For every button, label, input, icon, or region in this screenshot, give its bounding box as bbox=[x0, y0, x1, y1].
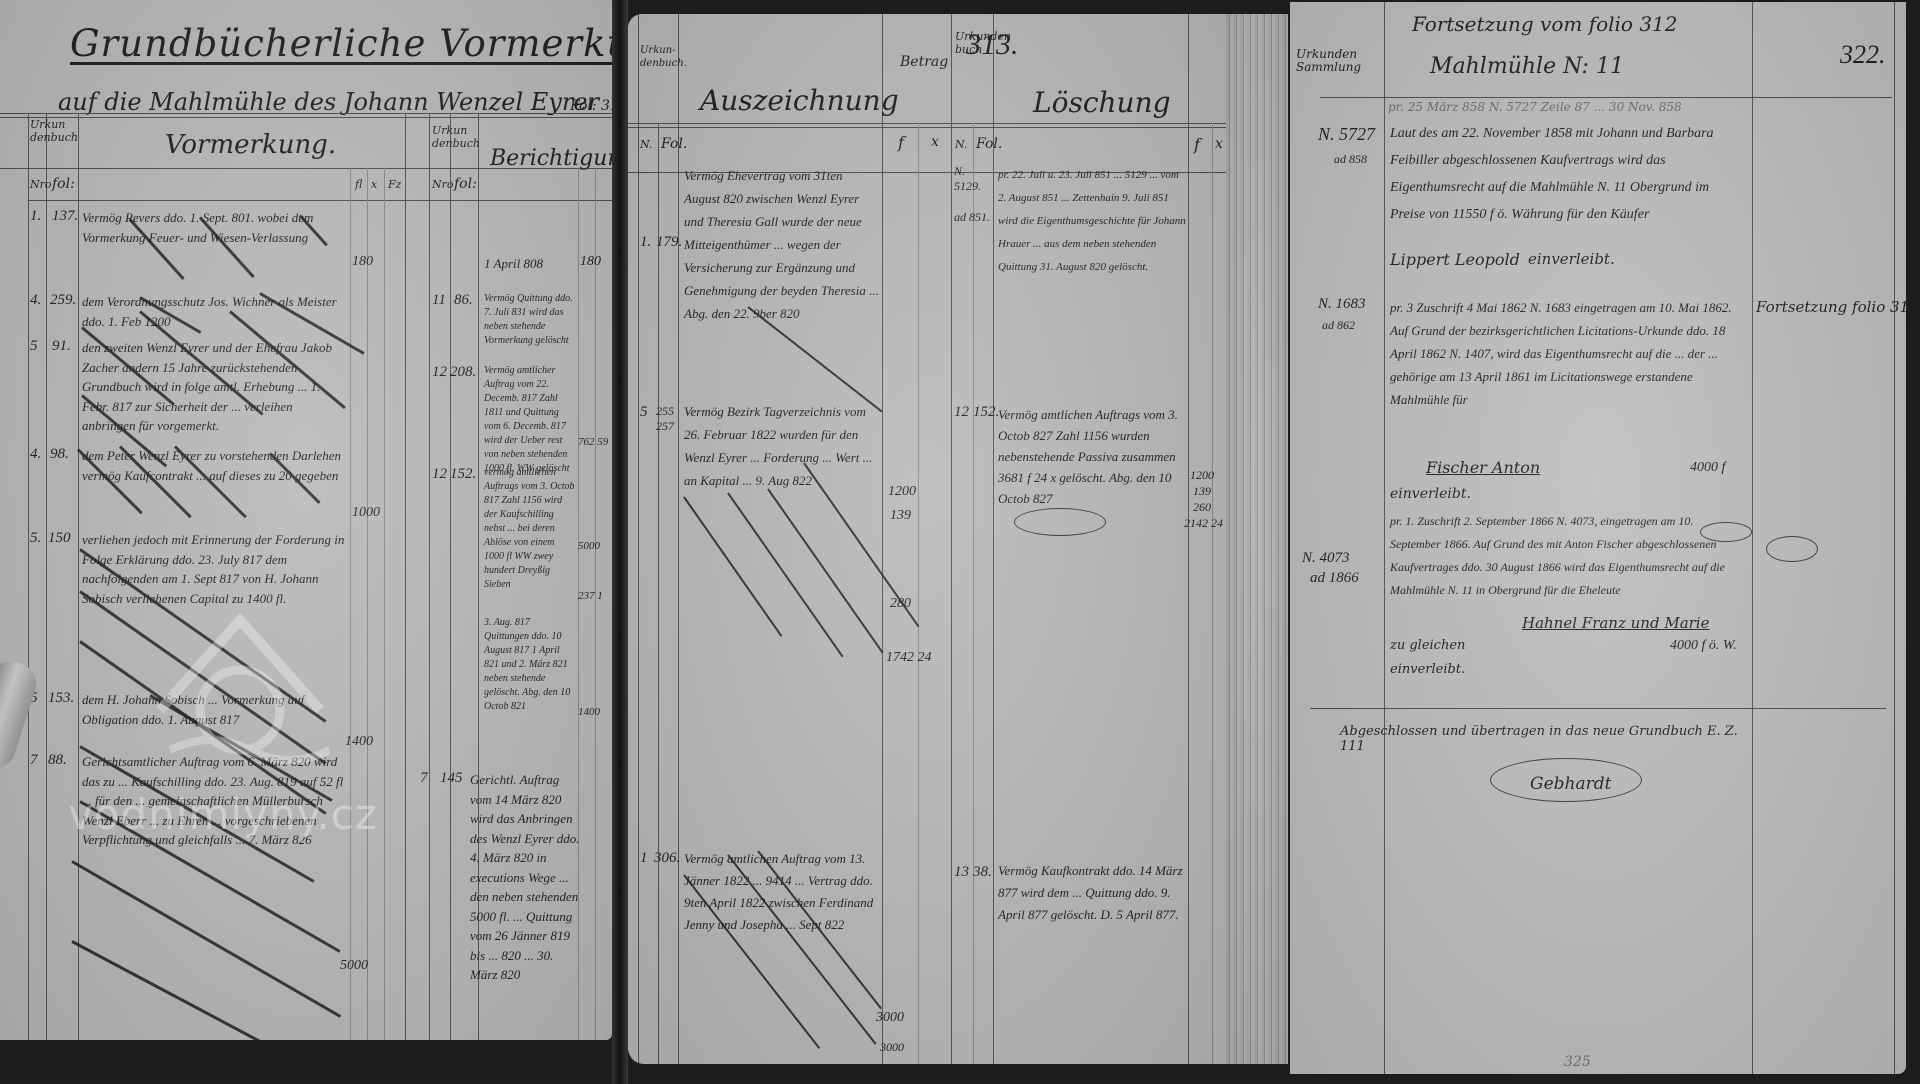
deletion-nr: N. 5129. bbox=[954, 164, 984, 194]
entry-nr: 4. bbox=[30, 292, 41, 309]
deletion-ref: ad 851. bbox=[954, 210, 990, 225]
entry-fol: 91. bbox=[52, 338, 71, 355]
owner-name: Lippert Leopold bbox=[1390, 250, 1520, 269]
deletion-nr: 12 bbox=[432, 466, 447, 483]
col-urkundenbuch-2: Urkun denbuch bbox=[432, 124, 478, 150]
watermark-text: vodnimlyny.cz bbox=[68, 790, 378, 839]
continuation-note: Fortsetzung folio 313 bbox=[1756, 298, 1906, 316]
deletion-amount: 237 1 bbox=[578, 590, 603, 602]
col-urkundenbuch: Urkun denbuch bbox=[30, 118, 78, 144]
deletion-fol: 152. bbox=[450, 466, 476, 483]
deletion-nr: 11 bbox=[432, 292, 446, 309]
entry-text: pr. 3 Zuschrift 4 Mai 1862 N. 1683 einge… bbox=[1390, 296, 1746, 411]
deletion-amount: 5000 bbox=[578, 540, 600, 552]
entry-ref-year: ad 858 bbox=[1334, 152, 1367, 167]
deletion-amount: 139 bbox=[1193, 484, 1211, 499]
deletion-nr: 12 bbox=[954, 404, 969, 421]
continuation-header: Fortsetzung vom folio 312 bbox=[1412, 12, 1678, 36]
entry-fol: 150 bbox=[48, 530, 71, 547]
page-subtitle: auf die Mahlmühle des Johann Wenzel Eyre… bbox=[58, 88, 599, 116]
col-loeschung: Löschung bbox=[1033, 86, 1171, 119]
entry-ref: N. 5727 bbox=[1318, 124, 1375, 145]
entry-suffix: einverleibt. bbox=[1390, 662, 1465, 677]
watermark-mill-icon bbox=[150, 600, 330, 770]
col-nr: N. bbox=[640, 138, 652, 151]
col-fz: Fz bbox=[388, 178, 401, 191]
deletion-text: 3. Aug. 817 Quittungen ddo. 10 August 81… bbox=[484, 616, 576, 714]
deletion-amount: 762 59 bbox=[578, 436, 608, 448]
entry-fol: 137. bbox=[52, 208, 78, 225]
col-nr-2: Nro bbox=[432, 178, 454, 191]
deletion-text: vermög amtlichen Auftrags vom 3. Octob 8… bbox=[484, 466, 576, 592]
entry-text: verliehen jedoch mit Erinnerung der Ford… bbox=[82, 530, 347, 608]
entry-fol: 98. bbox=[50, 446, 69, 463]
entry-fol: 179. bbox=[656, 234, 682, 251]
col-fl: fl bbox=[355, 178, 362, 191]
book-spine bbox=[612, 0, 628, 1084]
owner-name: Hahnel Franz und Marie bbox=[1522, 614, 1709, 632]
entry-ref: N. 1683 bbox=[1318, 296, 1366, 313]
deletion-text: Vermög Kaufkontrakt ddo. 14 März 877 wir… bbox=[998, 860, 1186, 926]
entry-text: pr. 1. Zuschrift 2. September 1866 N. 40… bbox=[1390, 510, 1746, 602]
entry-nr: 5. bbox=[30, 530, 41, 547]
deletion-text: Vermög amtlichen Auftrags vom 3. Octob 8… bbox=[998, 404, 1186, 509]
entry-nr: 5 bbox=[30, 338, 38, 355]
col-nr: Nro bbox=[30, 178, 52, 191]
deletion-text: Vermög Quittung ddo. 7. Juli 831 wird da… bbox=[484, 292, 576, 348]
deletion-fol: 86. bbox=[454, 292, 473, 309]
deletion-fol: 152. bbox=[973, 404, 999, 421]
col-x: x bbox=[371, 178, 377, 191]
page-number: 322. bbox=[1840, 40, 1886, 70]
register-page-left: Grundbücherliche Vormerkungen. auf die M… bbox=[0, 0, 612, 1040]
book-page-edges bbox=[1226, 14, 1288, 1064]
deletion-text: 1 April 808 bbox=[484, 254, 576, 274]
entry-amount: 5000 bbox=[340, 958, 368, 974]
deletion-nr: 13 bbox=[954, 864, 969, 881]
entry-nr: 7 bbox=[30, 752, 38, 769]
deletion-text: Vermög amtlicher Auftrag vom 22. Decemb.… bbox=[484, 364, 576, 476]
entry-text: den zweiten Wenzl Eyrer und der Ehefrau … bbox=[82, 338, 347, 436]
entry-text: dem Peter Wenzl Eyrer zu vorstehenden Da… bbox=[82, 446, 347, 485]
entry-extra: zu gleichen bbox=[1390, 638, 1465, 653]
col-auszeichnung: Auszeichnung bbox=[700, 84, 899, 117]
col-fl: f bbox=[898, 136, 904, 149]
entry-nr: 1. bbox=[640, 234, 651, 251]
owner-name: Fischer Anton bbox=[1426, 458, 1540, 477]
property-name: Mahlmühle N: 11 bbox=[1430, 54, 1624, 79]
deletion-text: pr. 22. Juli u. 23. Juli 851 ... 5129 ..… bbox=[998, 164, 1186, 279]
col-x-2: x bbox=[1215, 138, 1223, 151]
entry-suffix: einverleibt. bbox=[1390, 486, 1471, 502]
entry-fol: 153. bbox=[48, 690, 74, 707]
deletion-amount: 2142 24 bbox=[1184, 516, 1223, 531]
deletion-nr: 12 bbox=[432, 364, 447, 381]
entry-nr: 1. bbox=[30, 208, 41, 225]
deletion-amount: 180 bbox=[580, 254, 601, 270]
entry-amount: 1742 24 bbox=[886, 650, 932, 666]
register-page-right: Fortsetzung vom folio 312 Mahlmühle N: 1… bbox=[1290, 2, 1906, 1074]
register-page-middle: 313. Urkun- denbuch. N. Fol. Auszeichnun… bbox=[628, 14, 1226, 1064]
entry-fol: 306. bbox=[654, 850, 680, 867]
page-title: Grundbücherliche Vormerkungen. bbox=[70, 22, 612, 65]
entry-fol: 255 257 bbox=[656, 404, 676, 434]
entry-ref-year: ad 1866 bbox=[1310, 570, 1359, 587]
deletion-fol: 208. bbox=[450, 364, 476, 381]
col-urkundenbuch-2: Urkunden buch bbox=[955, 30, 991, 56]
entry-fol: 88. bbox=[48, 752, 67, 769]
col-vormerkung: Vormerkung. bbox=[165, 130, 336, 160]
entry-amount: 3000 bbox=[880, 1040, 904, 1055]
col-urkundensammlung: Urkunden Sammlung bbox=[1296, 48, 1376, 74]
entry-amount: 3000 bbox=[876, 1010, 904, 1026]
entry-nr: 1 bbox=[640, 850, 648, 867]
entry-fol: 259. bbox=[50, 292, 76, 309]
faint-annotation: pr. 25 März 858 N. 5727 Zeile 87 ... 30 … bbox=[1388, 100, 1682, 114]
entry-text: dem Verordnungsschutz Jos. Wichner als M… bbox=[82, 292, 347, 331]
deletion-amount: 1400 bbox=[578, 706, 600, 718]
col-fl-2: f bbox=[1194, 138, 1200, 151]
deletion-text: Gerichtl. Auftrag vom 14 März 820 wird d… bbox=[470, 770, 580, 985]
col-nr-2: N. bbox=[955, 138, 967, 151]
deletion-fol: 145 bbox=[440, 770, 463, 787]
deletion-nr: 7 bbox=[420, 770, 428, 787]
entry-ref-year: ad 862 bbox=[1322, 318, 1355, 333]
entry-amount: 1000 bbox=[352, 505, 380, 521]
entry-amount: 180 bbox=[352, 254, 373, 270]
entry-amount: 1400 bbox=[345, 734, 373, 750]
pencil-page-number: 325 bbox=[1564, 1054, 1591, 1070]
col-fol: fol: bbox=[52, 178, 75, 191]
col-fol-2: Fol. bbox=[976, 138, 1002, 151]
entry-suffix: einverleibt. bbox=[1528, 250, 1615, 268]
entry-text: Vermög Bezirk Tagverzeichnis vom 26. Feb… bbox=[684, 400, 880, 492]
entry-text: Vermög Ehevertrag vom 31ten August 820 z… bbox=[684, 164, 880, 325]
folio-reference: Fol: 311. bbox=[570, 98, 612, 114]
entry-amount: 4000 f ö. W. bbox=[1670, 638, 1737, 654]
entry-ref: N. 4073 bbox=[1302, 550, 1350, 567]
col-betrag: Betrag bbox=[900, 56, 948, 69]
col-fol: Fol. bbox=[661, 138, 687, 151]
entry-nr: 5 bbox=[640, 404, 648, 421]
col-berichtigung: Berichtigung. bbox=[490, 146, 612, 171]
deletion-fol: 38. bbox=[973, 864, 992, 881]
entry-text: Vermög Revers ddo. 1. Sept. 801. wobei d… bbox=[82, 208, 347, 247]
deletion-amount: 1200 bbox=[1190, 468, 1214, 483]
entry-text: Laut des am 22. November 1858 mit Johann… bbox=[1390, 120, 1746, 228]
entry-amount: 1200 bbox=[888, 484, 916, 500]
entry-amount: 139 bbox=[890, 508, 911, 524]
col-x: x bbox=[931, 136, 939, 149]
entry-amount: 4000 f bbox=[1690, 460, 1725, 476]
col-urkundenbuch: Urkun- denbuch. bbox=[640, 44, 676, 70]
closing-note: Abgeschlossen und übertragen in das neue… bbox=[1340, 724, 1740, 754]
col-fol-2: fol: bbox=[454, 178, 477, 191]
deletion-amount: 260 bbox=[1193, 500, 1211, 515]
entry-nr: 4. bbox=[30, 446, 41, 463]
